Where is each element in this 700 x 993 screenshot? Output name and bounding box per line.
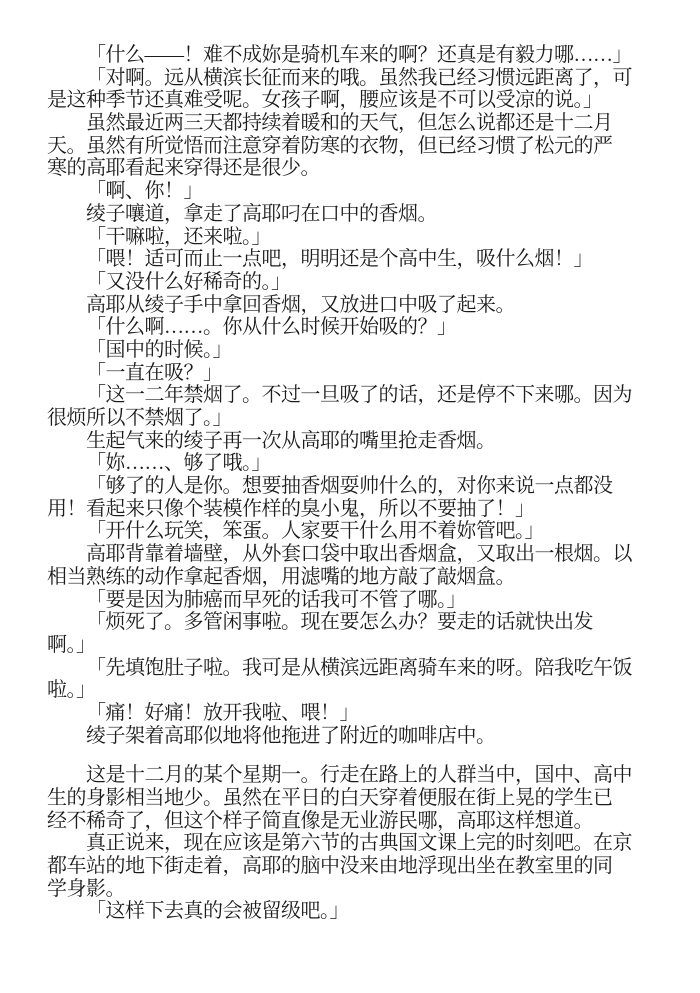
text-line: 「要是因为肺癌而早死的话我可不管了哪。」	[47, 589, 657, 612]
text-line: 「先填饱肚子啦。我可是从横滨远距离骑车来的呀。陪我吃午饭	[47, 657, 657, 680]
text-line: 「国中的时候。」	[47, 339, 657, 362]
text-line: 「够了的人是你。想要抽香烟耍帅什么的，对你来说一点都没	[47, 475, 657, 498]
text-line: 啦。」	[47, 679, 657, 702]
page: 「什么——！难不成妳是骑机车来的啊？还真是有毅力哪……」「对啊。远从横滨长征而来…	[0, 0, 700, 993]
text-line: 啊。」	[47, 634, 657, 657]
text-line: 「啊、你！」	[47, 180, 657, 203]
text-line: 天。虽然有所觉悟而注意穿着防寒的衣物，但已经习惯了松元的严	[47, 135, 657, 158]
text-line: 经不稀奇了，但这个样子简直像是无业游民哪，高耶这样想道。	[47, 810, 657, 833]
text-line: 「什么——！难不成妳是骑机车来的啊？还真是有毅力哪……」	[47, 44, 657, 67]
text-line: 高耶从绫子手中拿回香烟，又放进口中吸了起来。	[47, 294, 657, 317]
text-line: 「这一二年禁烟了。不过一旦吸了的话，还是停不下来哪。因为	[47, 384, 657, 407]
text-line: 真正说来，现在应该是第六节的古典国文课上完的时刻吧。在京	[47, 832, 657, 855]
text-line: 学身影。	[47, 878, 657, 901]
text-line: 「这样下去真的会被留级吧。」	[47, 900, 657, 923]
text-line: 这是十二月的某个星期一。行走在路上的人群当中，国中、高中	[47, 764, 657, 787]
text-line: 是这种季节还真难受呢。女孩子啊，腰应该是不可以受凉的说。」	[47, 89, 657, 112]
text-line: 都车站的地下街走着，高耶的脑中没来由地浮现出坐在教室里的同	[47, 855, 657, 878]
text-line: 生起气来的绫子再一次从高耶的嘴里抢走香烟。	[47, 430, 657, 453]
text-line: 很烦所以不禁烟了。」	[47, 407, 657, 430]
text-line: 「干嘛啦，还来啦。」	[47, 226, 657, 249]
text-line: 「痛！好痛！放开我啦、喂！」	[47, 702, 657, 725]
text-line: 「又没什么好稀奇的。」	[47, 271, 657, 294]
text-line: 「什么啊……。你从什么时候开始吸的？」	[47, 316, 657, 339]
text-line: 寒的高耶看起来穿得还是很少。	[47, 157, 657, 180]
document-page: { "page": { "colors": { "background": "#…	[0, 0, 700, 993]
text-line: 绫子架着高耶似地将他拖进了附近的咖啡店中。	[47, 725, 657, 748]
text-line: 「妳……、够了哦。」	[47, 452, 657, 475]
page-text: 「什么——！难不成妳是骑机车来的啊？还真是有毅力哪……」「对啊。远从横滨长征而来…	[47, 44, 657, 923]
text-line: 虽然最近两三天都持续着暖和的天气，但怎么说都还是十二月	[47, 112, 657, 135]
text-line: 相当熟练的动作拿起香烟，用滤嘴的地方敲了敲烟盒。	[47, 566, 657, 589]
text-line: 用！看起来只像个装模作样的臭小鬼，所以不要抽了！」	[47, 498, 657, 521]
text-line: 「烦死了。多管闲事啦。现在要怎么办？要走的话就快出发	[47, 611, 657, 634]
text-line: 「一直在吸？」	[47, 362, 657, 385]
text-line: 「对啊。远从横滨长征而来的哦。虽然我已经习惯远距离了，可	[47, 67, 657, 90]
text-line: 生的身影相当地少。虽然在平日的白天穿着便服在街上晃的学生已	[47, 787, 657, 810]
text-line: 「开什么玩笑，笨蛋。人家要干什么用不着妳管吧。」	[47, 520, 657, 543]
text-line: 高耶背靠着墙壁，从外套口袋中取出香烟盒，又取出一根烟。以	[47, 543, 657, 566]
paragraph-gap	[47, 747, 657, 764]
text-line: 「喂！适可而止一点吧，明明还是个高中生，吸什么烟！」	[47, 248, 657, 271]
text-line: 绫子嚷道，拿走了高耶叼在口中的香烟。	[47, 203, 657, 226]
